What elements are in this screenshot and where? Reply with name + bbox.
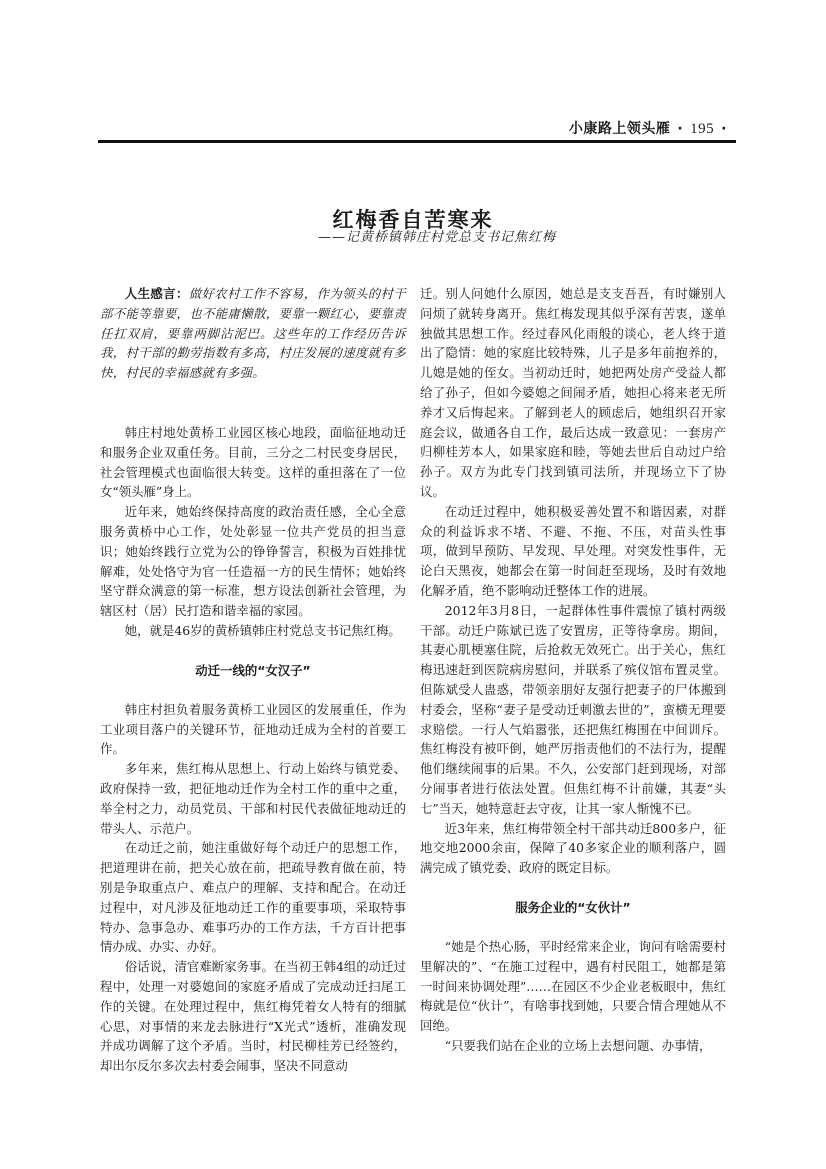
body-paragraph: 2012年3月8日，一起群体性事件震惊了镇村两级干部。动迁户陈斌已选了安置房，正… bbox=[420, 601, 726, 819]
article-subtitle: ——记黄桥镇韩庄村党总支书记焦红梅 bbox=[318, 226, 556, 245]
body-paragraph-continued: 迁。别人问她什么原因，她总是支支吾吾，有时嫌别人问烦了就转身离开。焦红梅发现其似… bbox=[420, 284, 726, 502]
body-paragraph: 韩庄村担负着服务黄桥工业园区的发展重任，作为工业项目落户的关键环节，征地动迁成为… bbox=[100, 700, 406, 759]
body-paragraph: 俗话说，清官难断家务事。在当初王韩4组的动迁过程中，处理一对婆媳间的家庭矛盾成了… bbox=[100, 957, 406, 1076]
section-heading: 服务企业的“女伙计” bbox=[420, 878, 726, 937]
right-column: 迁。别人问她什么原因，她总是支支吾吾，有时嫌别人问烦了就转身离开。焦红梅发现其似… bbox=[420, 284, 726, 1056]
intro-paragraph: 韩庄村地处黄桥工业园区核心地段，面临征地动迁和服务企业双重任务。目前，三分之二村… bbox=[100, 423, 406, 502]
body-paragraph: 在动迁过程中，她积极妥善处置不和谐因素，对群众的利益诉求不堵、不避、不拖、不压，… bbox=[420, 502, 726, 601]
motto: 人生感言：做好农村工作不容易，作为领头的村干部不能等靠要，也不能庸懒散，要靠一颗… bbox=[100, 284, 406, 383]
body-paragraph: 多年来，焦红梅从思想上、行动上始终与镇党委、政府保持一致，把征地动迁作为全村工作… bbox=[100, 759, 406, 838]
intro-paragraph: 她，就是46岁的黄桥镇韩庄村党总支书记焦红梅。 bbox=[100, 621, 406, 641]
intro-paragraph: 近年来，她始终保持高度的政治责任感，全心全意服务黄桥中心工作，处处彰显一位共产党… bbox=[100, 502, 406, 621]
section-heading: 动迁一线的“女汉子” bbox=[100, 641, 406, 700]
left-column: 人生感言：做好农村工作不容易，作为领头的村干部不能等靠要，也不能庸懒散，要靠一颗… bbox=[100, 284, 406, 1076]
spacer bbox=[100, 403, 406, 423]
header-rule bbox=[98, 140, 736, 143]
body-paragraph: 近3年来，焦红梅带领全村干部共动迁800多户，征地交地2000余亩，保障了40多… bbox=[420, 819, 726, 878]
body-paragraph: “只要我们站在企业的立场上去想问题、办事情， bbox=[420, 1036, 726, 1056]
separator-dot: · bbox=[721, 121, 727, 137]
page-number: 195 bbox=[690, 121, 714, 137]
running-head: 小康路上领头雁·195· bbox=[569, 118, 734, 138]
spacer bbox=[100, 383, 406, 403]
running-title: 小康路上领头雁 bbox=[569, 121, 671, 137]
body-paragraph: 在动迁之前，她注重做好每个动迁户的思想工作，把道理讲在前，把关心放在前，把疏导教… bbox=[100, 838, 406, 957]
separator-dot: · bbox=[677, 121, 683, 137]
motto-label: 人生感言： bbox=[125, 286, 189, 301]
body-paragraph: “她是个热心肠，平时经常来企业，询问有啥需要村里解决的”、“在施工过程中，遇有村… bbox=[420, 937, 726, 1036]
